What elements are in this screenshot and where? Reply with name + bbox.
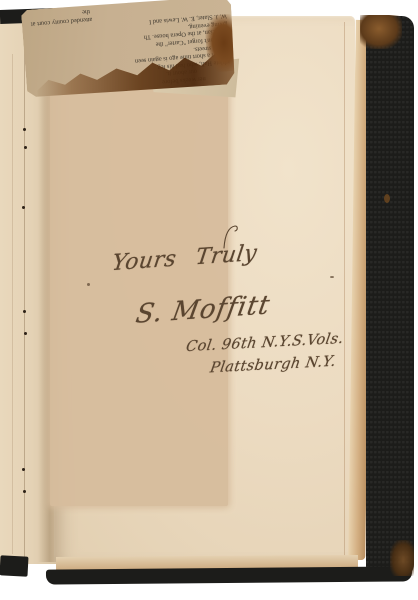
worn-corner-bottom-right bbox=[390, 540, 414, 576]
worn-corner-top-right bbox=[360, 15, 402, 49]
stitch-dot bbox=[23, 128, 26, 131]
stitch-dot bbox=[23, 490, 26, 493]
stitch-dot bbox=[23, 310, 26, 313]
cover-fragment-bottom-left bbox=[0, 555, 29, 576]
stitch-dot bbox=[22, 206, 25, 209]
book-photo: ner weeks before our about it. athlete H… bbox=[0, 0, 418, 600]
stitch-dot bbox=[24, 146, 27, 149]
book-cover-bottom bbox=[46, 566, 412, 584]
stitch-dot bbox=[24, 332, 27, 335]
cover-wear-spot bbox=[384, 194, 390, 203]
stitch-dot bbox=[22, 468, 25, 471]
page-crease bbox=[12, 54, 13, 554]
book-cover-right bbox=[366, 16, 414, 578]
page-edge-line bbox=[344, 22, 345, 556]
newspaper-clipping: ner weeks before our about it. athlete H… bbox=[21, 0, 237, 100]
binding-crease bbox=[24, 50, 25, 558]
ink-speck bbox=[87, 283, 90, 286]
ink-speck bbox=[330, 276, 334, 278]
